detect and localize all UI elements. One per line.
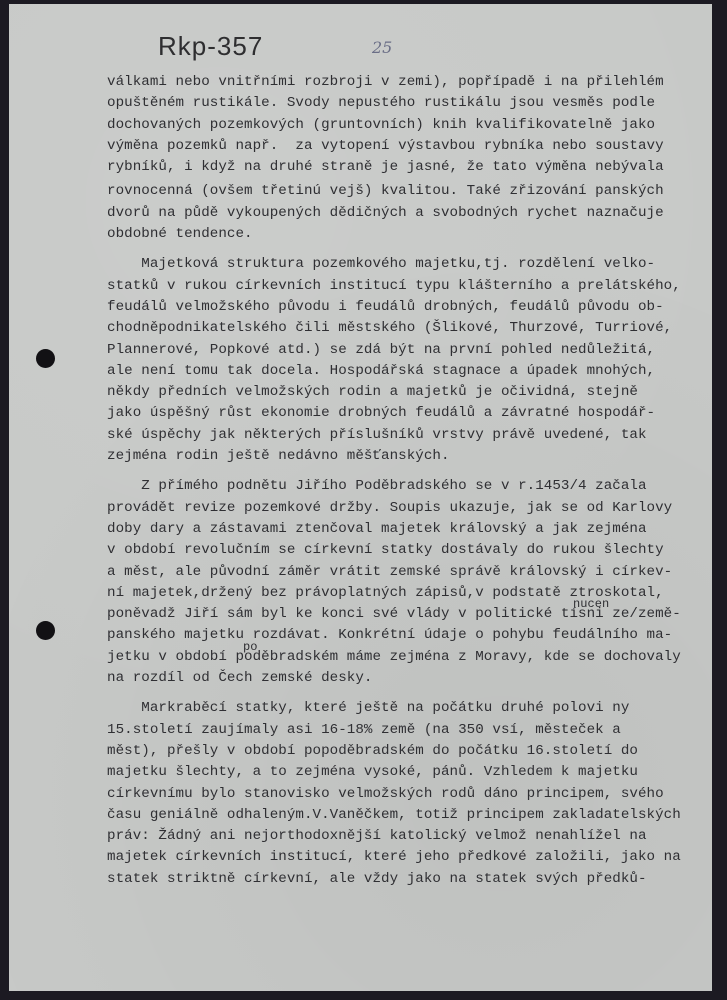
text-line: práv: Žádný ani nejorthodoxnější katolic… (107, 826, 697, 847)
text-line: majetku šlechty, a to zejména vysoké, pá… (107, 762, 697, 783)
text-line: rovnocenná (ovšem třetinú vejš) kvalitou… (107, 181, 697, 202)
text-line: jako úspěšný růst ekonomie drobných feud… (107, 403, 697, 424)
text-line: dochovaných pozemkových (gruntovních) kn… (107, 115, 697, 136)
text-line: poněvadž Jiří sám byl ke konci své vlády… (107, 604, 697, 625)
text-line: opuštěném rustikále. Svody nepustého rus… (107, 93, 697, 114)
text-line: ale není tomu tak docela. Hospodářská st… (107, 361, 697, 382)
archive-reference: Rkp-357 (158, 31, 263, 62)
text-line: doby dary a zástavami ztenčoval majetek … (107, 519, 697, 540)
text-line: obdobné tendence. (107, 224, 697, 245)
text-line: výměna pozemků např. za vytopení výstavb… (107, 136, 697, 157)
page-number: 25 (372, 38, 392, 57)
text-line: statků v rukou církevních institucí typu… (107, 276, 697, 297)
text-line: času geniálně odhaleným.V.Vaněčkem, toti… (107, 805, 697, 826)
text-line: statek striktně církevní, ale vždy jako … (107, 869, 697, 890)
document-body: válkami nebo vnitřními rozbroji v zemi),… (107, 72, 697, 890)
text-line: válkami nebo vnitřními rozbroji v zemi),… (107, 72, 697, 93)
paragraph-3: Z přímého podnětu Jiřího Poděbradského s… (107, 476, 697, 689)
punch-hole-bottom (36, 621, 55, 640)
text-line: Markraběcí statky, které ještě na počátk… (107, 698, 697, 719)
text-line: církevnímu bylo stanovisko velmožských r… (107, 784, 697, 805)
text-line: chodněpodnikatelského čili městského (Šl… (107, 318, 697, 339)
text-line: jetku v období poděbradském máme zejména… (107, 647, 697, 668)
text-line: majetek církevních institucí, které jeho… (107, 847, 697, 868)
text-line: Z přímého podnětu Jiřího Poděbradského s… (107, 476, 697, 497)
text-line: Plannerové, Popkové atd.) se zdá být na … (107, 340, 697, 361)
text-line: zejména rodin ještě nedávno měšťanských. (107, 446, 697, 467)
text-line: 15.století zaujímaly asi 16-18% země (na… (107, 720, 697, 741)
paragraph-2: Majetková struktura pozemkového majetku,… (107, 254, 697, 467)
text-line: v období revolučním se církevní statky d… (107, 540, 697, 561)
text-line: někdy předních velmožských rodin a majet… (107, 382, 697, 403)
text-line: a měst, ale původní záměr vrátit zemské … (107, 562, 697, 583)
text-line: panského majetku rozdávat. Konkrétní úda… (107, 625, 697, 646)
text-line: měst), přešly v období popoděbradském do… (107, 741, 697, 762)
text-line: feudálů velmožského původu i feudálů dro… (107, 297, 697, 318)
paragraph-4: Markraběcí statky, které ještě na počátk… (107, 698, 697, 890)
text-line: provádět revize pozemkové držby. Soupis … (107, 498, 697, 519)
text-line: na rozdíl od Čech zemské desky. (107, 668, 697, 689)
text-line: ské úspěchy jak některých příslušníků vr… (107, 425, 697, 446)
text-line: dvorů na půdě vykoupených dědičných a sv… (107, 203, 697, 224)
paragraph-1: válkami nebo vnitřními rozbroji v zemi),… (107, 72, 697, 245)
punch-hole-top (36, 349, 55, 368)
text-line: Majetková struktura pozemkového majetku,… (107, 254, 697, 275)
text-line: rybníků, i když na druhé straně je jasné… (107, 157, 697, 178)
